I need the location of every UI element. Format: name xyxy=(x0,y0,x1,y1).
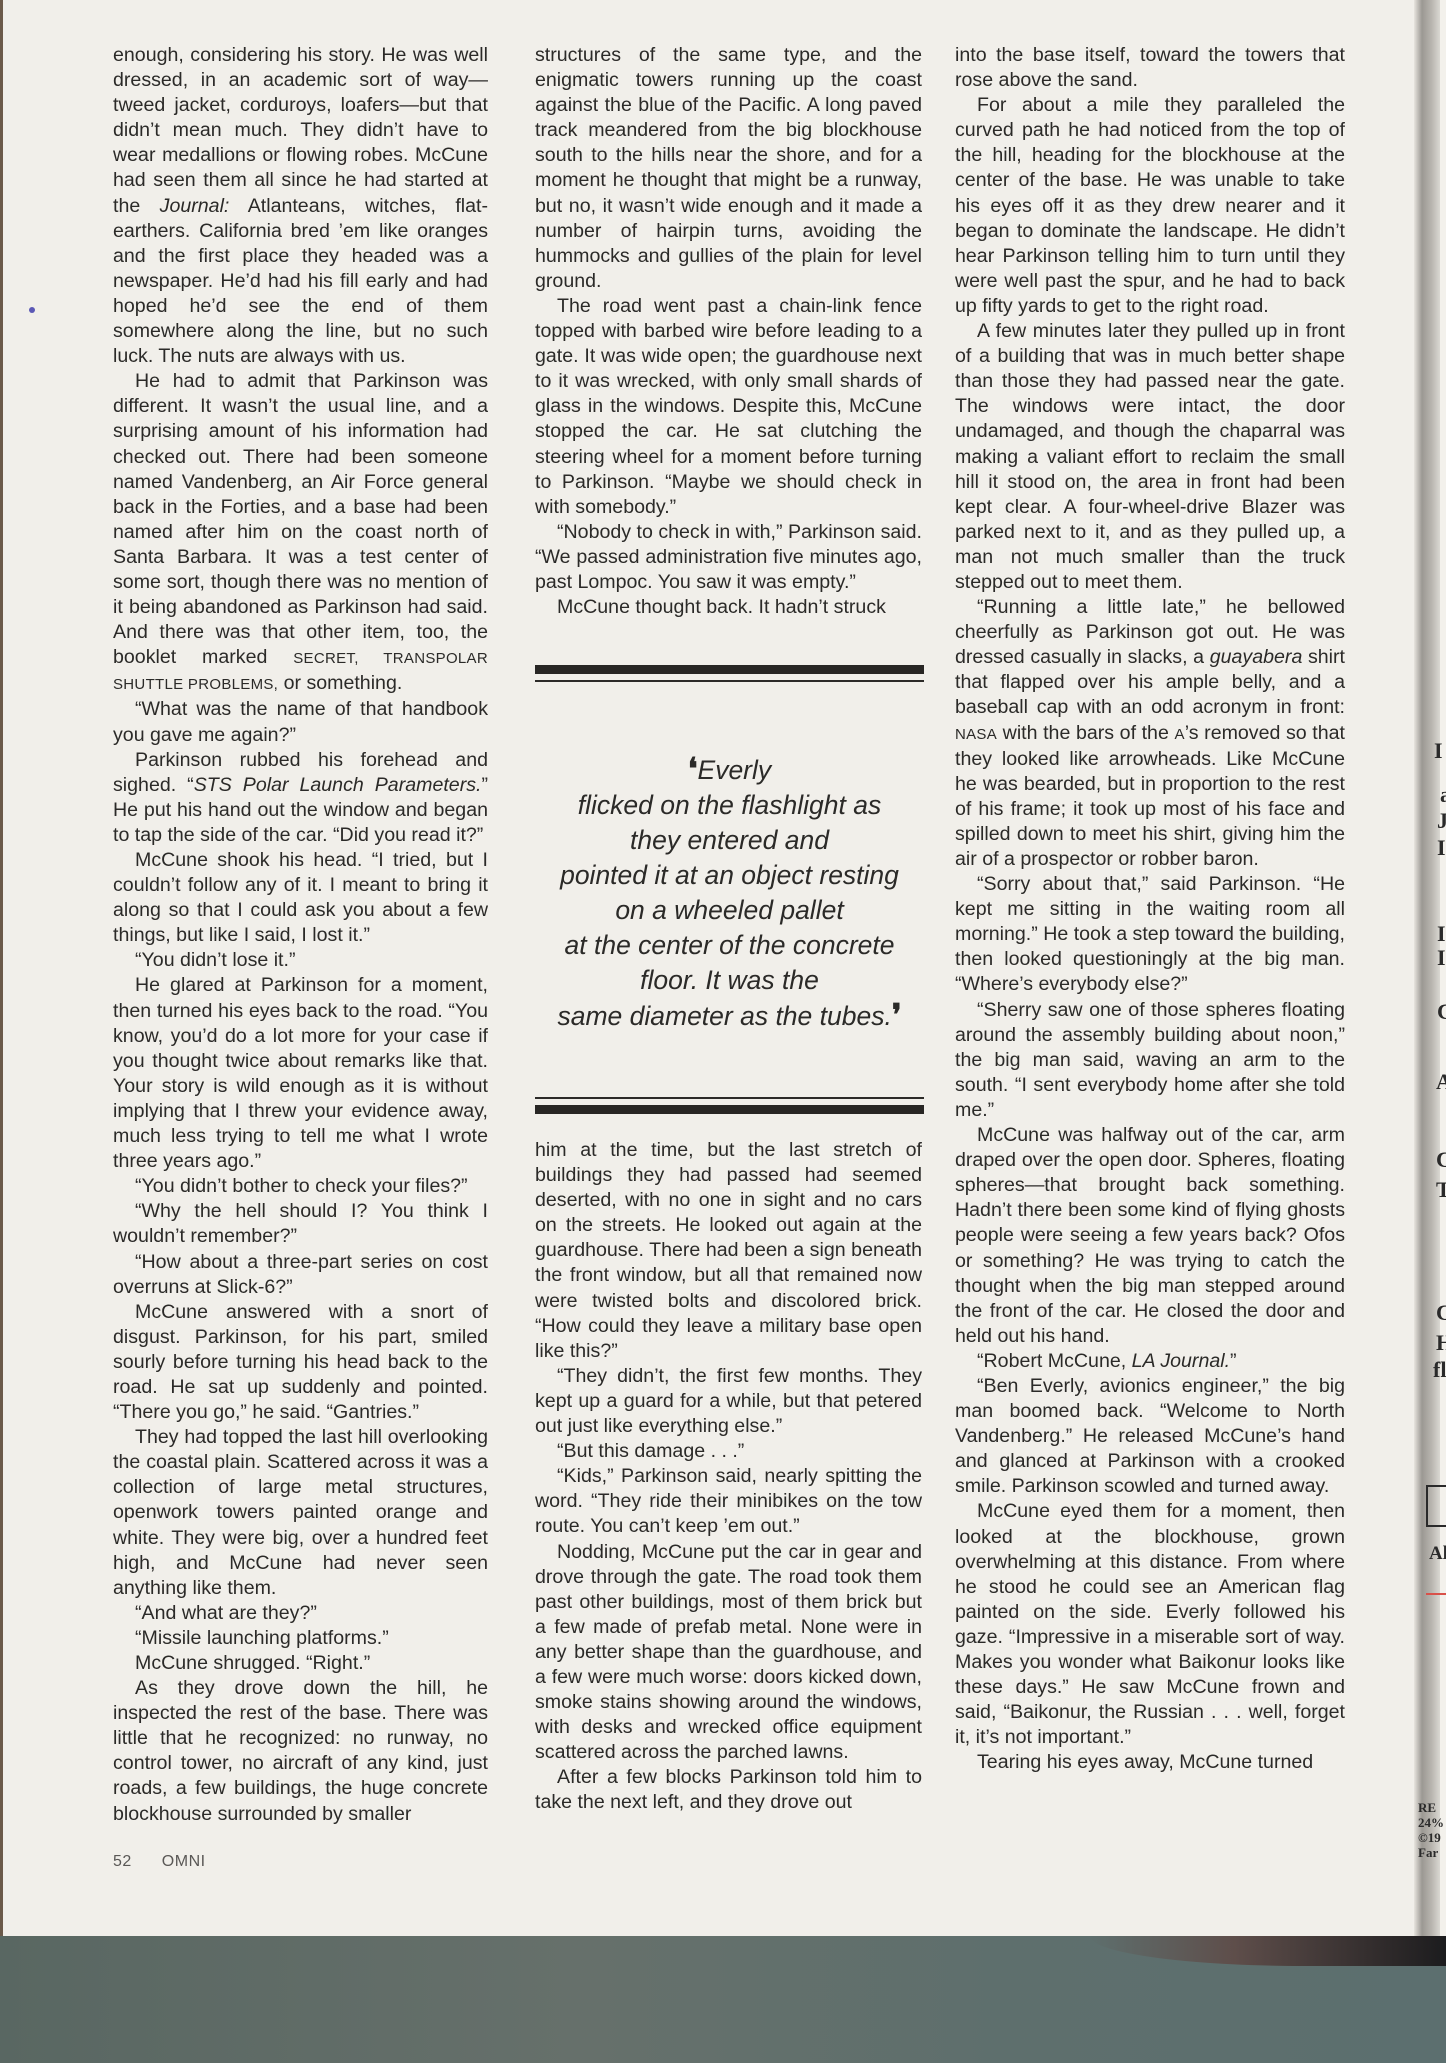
paragraph: “Running a little late,” he bellowed che… xyxy=(955,595,1345,872)
thick-rule xyxy=(535,1105,924,1114)
paragraph: Tearing his eyes away, McCune turned xyxy=(955,1750,1345,1775)
facing-page-fragment: H xyxy=(1436,1330,1446,1356)
paragraph: They had topped the last hill overlookin… xyxy=(113,1425,488,1601)
facing-page-fragment: C xyxy=(1436,1147,1446,1173)
paragraph: McCune answered with a snort of disgust.… xyxy=(113,1300,488,1425)
paragraph: “Robert McCune, LA Journal.” xyxy=(955,1349,1345,1374)
paragraph: “Ben Everly, avionics engineer,” the big… xyxy=(955,1374,1345,1499)
facing-page-fragment: Far xyxy=(1418,1845,1438,1860)
paragraph: He had to admit that Parkinson was diffe… xyxy=(113,369,488,697)
column-3: into the base itself, toward the towers … xyxy=(955,43,1345,1775)
facing-page-fragment: T xyxy=(1436,1177,1446,1203)
page-number: 52 xyxy=(113,1853,132,1870)
thin-rule xyxy=(535,1097,924,1099)
ink-dot xyxy=(29,307,35,313)
paragraph: structures of the same type, and the eni… xyxy=(535,43,922,294)
facing-page-fragment: I xyxy=(1437,945,1446,971)
facing-page-box xyxy=(1426,1485,1446,1527)
pullquote: ❛Everly flicked on the flashlight as the… xyxy=(535,752,924,1034)
facing-page-fragment: A xyxy=(1436,1069,1446,1095)
paragraph: “Why the hell should I? You think I woul… xyxy=(113,1199,488,1249)
facing-page-fragment: I xyxy=(1437,835,1446,861)
paragraph: Parkinson rubbed his forehead and sighed… xyxy=(113,748,488,848)
paragraph: “How about a three-part series on cost o… xyxy=(113,1250,488,1300)
paragraph: “Kids,” Parkinson said, nearly spitting … xyxy=(535,1464,922,1539)
pullquote-line: they entered and xyxy=(535,823,924,858)
pullquote-line: flicked on the flashlight as xyxy=(535,788,924,823)
paragraph: He glared at Parkinson for a moment, the… xyxy=(113,973,488,1174)
pullquote-line: on a wheeled pallet xyxy=(535,893,924,928)
facing-page-fragment: C xyxy=(1436,1300,1446,1326)
paragraph: McCune eyed them for a moment, then look… xyxy=(955,1499,1345,1750)
paragraph: “You didn’t bother to check your files?” xyxy=(113,1174,488,1199)
paragraph: into the base itself, toward the towers … xyxy=(955,43,1345,93)
facing-page-fragment: C xyxy=(1437,999,1446,1025)
paragraph: enough, considering his story. He was we… xyxy=(113,43,488,369)
facing-page-fragment: ©19 xyxy=(1418,1830,1441,1845)
paragraph: “Sorry about that,” said Parkinson. “He … xyxy=(955,872,1345,997)
facing-page-fragment: RE xyxy=(1418,1800,1436,1815)
facing-page-fragment: I xyxy=(1437,921,1446,947)
paragraph: As they drove down the hill, he inspecte… xyxy=(113,1676,488,1827)
paragraph: “Sherry saw one of those spheres floatin… xyxy=(955,998,1345,1123)
paragraph: McCune was halfway out of the car, arm d… xyxy=(955,1123,1345,1349)
facing-page-fragment: J xyxy=(1437,808,1446,834)
paragraph: “And what are they?” xyxy=(113,1601,488,1626)
paragraph: The road went past a chain-link fence to… xyxy=(535,294,922,520)
paragraph: Nodding, McCune put the car in gear and … xyxy=(535,1540,922,1766)
facing-page-fragment: 24% xyxy=(1418,1815,1444,1830)
paragraph: For about a mile they paralleled the cur… xyxy=(955,93,1345,319)
pullquote-line: pointed it at an object resting xyxy=(535,858,924,893)
pullquote-line: at the center of the concrete xyxy=(535,928,924,963)
pullquote-line: floor. It was the xyxy=(535,963,924,998)
facing-page-fragment: I xyxy=(1434,738,1443,764)
close-quote-icon: ❜ xyxy=(892,998,902,1033)
column-1: enough, considering his story. He was we… xyxy=(113,43,488,1827)
paragraph: A few minutes later they pulled up in fr… xyxy=(955,319,1345,595)
page-folio: 52OMNI xyxy=(113,1853,236,1871)
facing-page-fragment: Al xyxy=(1429,1543,1446,1565)
pullquote-rule-top xyxy=(535,665,924,682)
pullquote-rule-bottom xyxy=(535,1097,924,1114)
paragraph: McCune shook his head. “I tried, but I c… xyxy=(113,848,488,948)
facing-page-fragment: fl xyxy=(1433,1357,1446,1383)
paragraph: “Nobody to check in with,” Parkinson sai… xyxy=(535,520,922,595)
pullquote-line: ❛Everly xyxy=(535,752,924,788)
paragraph: “They didn’t, the first few months. They… xyxy=(535,1364,922,1439)
paragraph: him at the time, but the last stretch of… xyxy=(535,1138,922,1364)
facing-page-fragment: a xyxy=(1440,782,1446,808)
paragraph: “You didn’t lose it.” xyxy=(113,948,488,973)
paragraph: McCune thought back. It hadn’t struck xyxy=(535,595,922,620)
facing-page-red-rule xyxy=(1426,1593,1446,1595)
paragraph: After a few blocks Parkinson told him to… xyxy=(535,1765,922,1815)
pullquote-line: same diameter as the tubes.❜ xyxy=(535,998,924,1034)
open-quote-icon: ❛ xyxy=(688,752,698,787)
magazine-name: OMNI xyxy=(162,1853,206,1870)
paragraph: “But this damage . . .” xyxy=(535,1439,922,1464)
column-2-bottom: him at the time, but the last stretch of… xyxy=(535,1138,922,1816)
column-2-top: structures of the same type, and the eni… xyxy=(535,43,922,620)
paragraph: “What was the name of that handbook you … xyxy=(113,697,488,747)
thick-rule xyxy=(535,665,924,674)
paragraph: McCune shrugged. “Right.” xyxy=(113,1651,488,1676)
magazine-page: enough, considering his story. He was we… xyxy=(0,0,1423,1936)
thin-rule xyxy=(535,680,924,682)
paragraph: “Missile launching platforms.” xyxy=(113,1626,488,1651)
